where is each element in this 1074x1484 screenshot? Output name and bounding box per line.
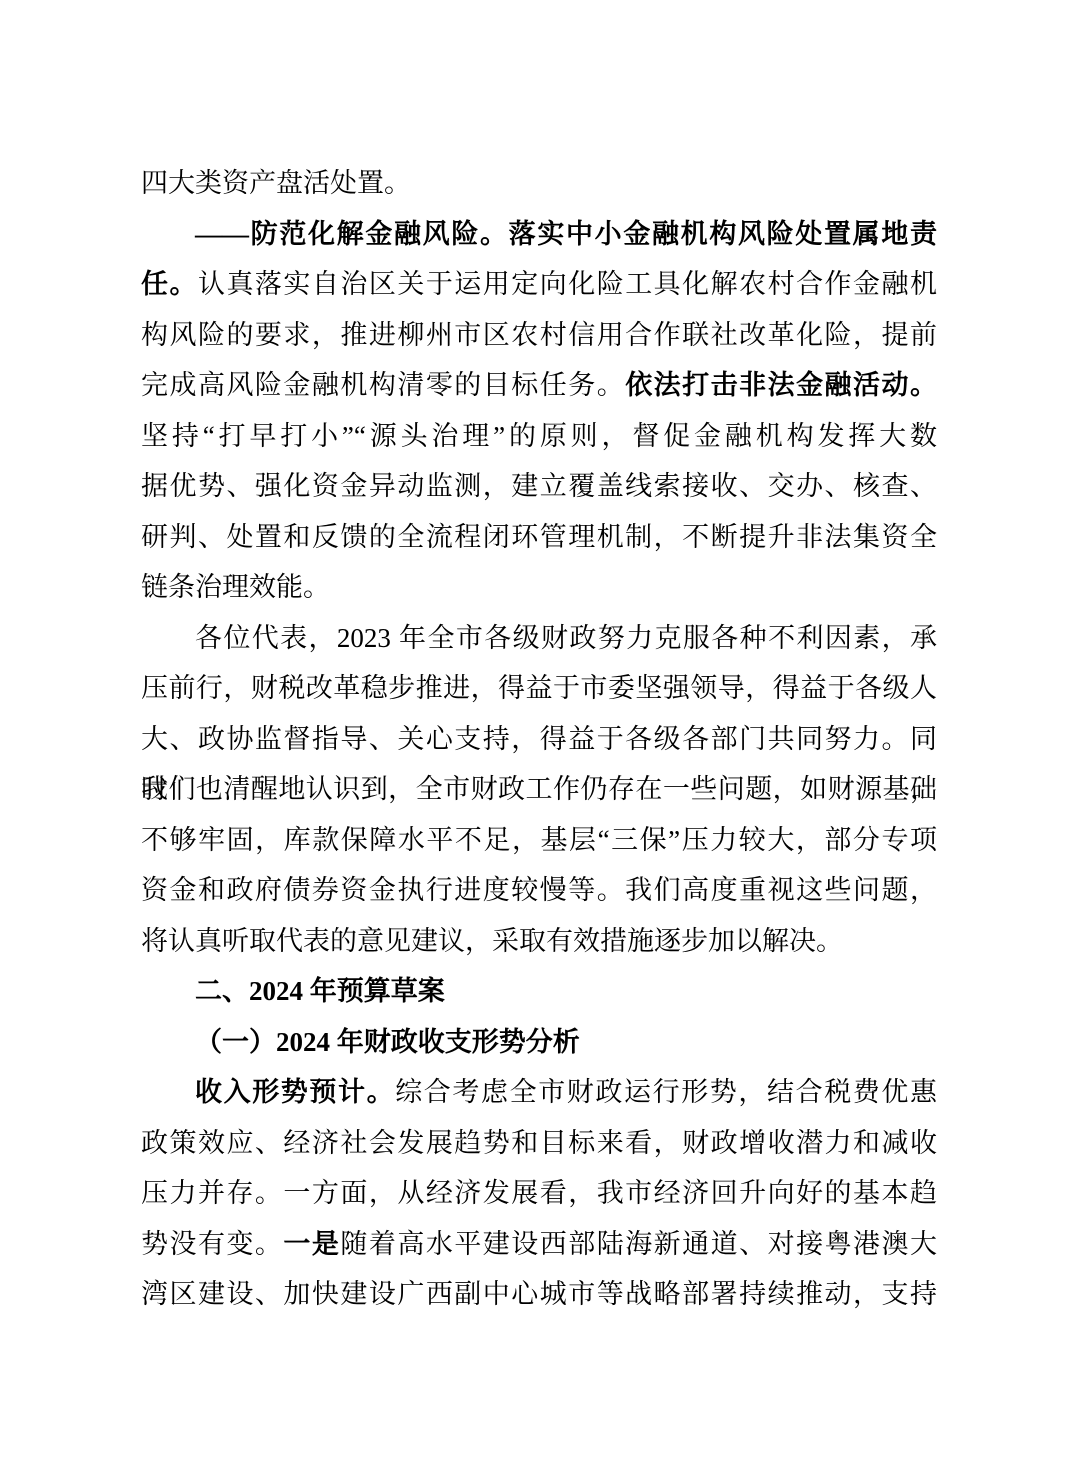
text-segment: 认真落实自治区关于运用定向化险工具化解农村合作金融机 (198, 269, 937, 299)
bold-text-segment: 二、2024 年预算草案 (195, 976, 445, 1006)
text-segment: 据优势、强化资金异动监测，建立覆盖线索接收、交办、核查、 (141, 471, 937, 501)
text-line: （一）2024 年财政收支形势分析 (141, 1017, 937, 1068)
text-line: 政策效应、经济社会发展趋势和目标来看，财政增收潜力和减收 (141, 1118, 937, 1169)
text-line: 构风险的要求，推进柳州市区农村信用合作联社改革化险，提前 (141, 310, 937, 361)
text-segment: 完成高风险金融机构清零的目标任务。 (141, 370, 625, 400)
text-line: 据优势、强化资金异动监测，建立覆盖线索接收、交办、核查、 (141, 461, 937, 512)
bold-text-segment: 收入形势预计。 (195, 1077, 395, 1107)
text-segment: 综合考虑全市财政运行形势，结合税费优惠 (395, 1077, 937, 1107)
text-line: 二、2024 年预算草案 (141, 966, 937, 1017)
text-segment: 四大类资产盘活处置。 (141, 168, 411, 198)
text-segment: 构风险的要求，推进柳州市区农村信用合作联社改革化险，提前 (141, 320, 937, 350)
text-line: 将认真听取代表的意见建议，采取有效措施逐步加以解决。 (141, 916, 937, 967)
text-segment: 压前行，财税改革稳步推进，得益于市委坚强领导，得益于各级人 (141, 673, 937, 703)
text-line: 不够牢固，库款保障水平不足，基层“三保”压力较大，部分专项 (141, 815, 937, 866)
bold-text-segment: ——防范化解金融风险。落实中小金融机构风险处置属地责 (195, 219, 937, 249)
text-line: 湾区建设、加快建设广西副中心城市等战略部署持续推动，支持 (141, 1269, 937, 1320)
text-line: 链条治理效能。 (141, 562, 937, 613)
text-line: 收入形势预计。综合考虑全市财政运行形势，结合税费优惠 (141, 1067, 937, 1118)
text-segment: 各位代表，2023 年全市各级财政努力克服各种不利因素，承 (195, 623, 937, 653)
text-segment: 压力并存。一方面，从经济发展看，我市经济回升向好的基本趋 (141, 1178, 937, 1208)
text-line: 四大类资产盘活处置。 (141, 158, 937, 209)
text-line: 完成高风险金融机构清零的目标任务。依法打击非法金融活动。 (141, 360, 937, 411)
text-line: 大、政协监督指导、关心支持，得益于各级各部门共同努力。同时， (141, 714, 937, 765)
text-segment: 链条治理效能。 (141, 572, 330, 602)
text-segment: 将认真听取代表的意见建议，采取有效措施逐步加以解决。 (141, 926, 843, 956)
text-line: 研判、处置和反馈的全流程闭环管理机制，不断提升非法集资全 (141, 512, 937, 563)
text-segment: 研判、处置和反馈的全流程闭环管理机制，不断提升非法集资全 (141, 522, 937, 552)
text-line: 坚持“打早打小”“源头治理”的原则，督促金融机构发挥大数 (141, 411, 937, 462)
text-segment: 随着高水平建设西部陆海新通道、对接粤港澳大 (340, 1229, 937, 1259)
text-segment: 不够牢固，库款保障水平不足，基层“三保”压力较大，部分专项 (141, 825, 937, 855)
text-line: 势没有变。一是随着高水平建设西部陆海新通道、对接粤港澳大 (141, 1219, 937, 1270)
text-segment: 政策效应、经济社会发展趋势和目标来看，财政增收潜力和减收 (141, 1128, 937, 1158)
bold-text-segment: 依法打击非法金融活动。 (625, 370, 937, 400)
text-line: 任。认真落实自治区关于运用定向化险工具化解农村合作金融机 (141, 259, 937, 310)
bold-text-segment: 任。 (141, 269, 198, 299)
text-segment: 我们也清醒地认识到，全市财政工作仍存在一些问题，如财源基础 (141, 774, 937, 804)
text-line: 压前行，财税改革稳步推进，得益于市委坚强领导，得益于各级人 (141, 663, 937, 714)
text-line: ——防范化解金融风险。落实中小金融机构风险处置属地责 (141, 209, 937, 260)
text-line: 我们也清醒地认识到，全市财政工作仍存在一些问题，如财源基础 (141, 764, 937, 815)
text-line: 压力并存。一方面，从经济发展看，我市经济回升向好的基本趋 (141, 1168, 937, 1219)
text-segment: 湾区建设、加快建设广西副中心城市等战略部署持续推动，支持 (141, 1279, 937, 1309)
text-segment: 资金和政府债券资金执行进度较慢等。我们高度重视这些问题， (141, 875, 937, 905)
text-column: 四大类资产盘活处置。——防范化解金融风险。落实中小金融机构风险处置属地责任。认真… (141, 158, 937, 1320)
bold-text-segment: 一是 (283, 1229, 340, 1259)
bold-text-segment: （一）2024 年财政收支形势分析 (195, 1027, 580, 1057)
document-page: 四大类资产盘活处置。——防范化解金融风险。落实中小金融机构风险处置属地责任。认真… (0, 0, 1074, 1484)
text-segment: 坚持“打早打小”“源头治理”的原则，督促金融机构发挥大数 (141, 421, 937, 451)
text-segment: 势没有变。 (141, 1229, 283, 1259)
text-line: 资金和政府债券资金执行进度较慢等。我们高度重视这些问题， (141, 865, 937, 916)
text-line: 各位代表，2023 年全市各级财政努力克服各种不利因素，承 (141, 613, 937, 664)
